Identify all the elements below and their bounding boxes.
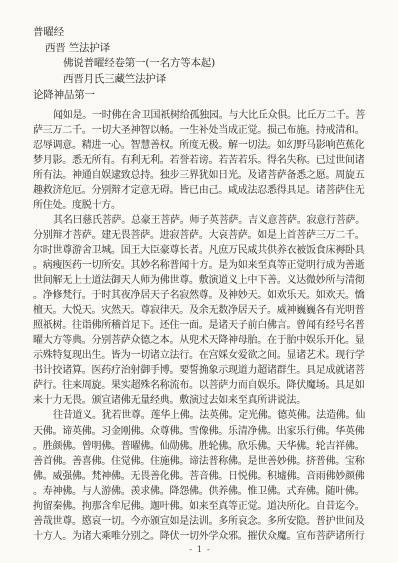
text-line: 示殊特复现出生。皆为一切诸立法行。在宫婇女爱欲之间。显诸艺术。现行学 — [33, 348, 367, 363]
text-line: 来十力无畏。颁宣诸佛无量经典。敷演过去如来至真所讲说法。 — [33, 393, 367, 408]
text-line: 善哉世尊。愍哀一切。今亦颁宣如是法训。多所哀念。多所安隐。普护世间及 — [33, 514, 367, 529]
text-line: 。胜颜佛。曾明佛。普曜佛。仙勋佛。胜轮佛。欣乐佛。天华佛。轮吉祥佛。 — [33, 439, 367, 454]
text-line: 分别辩才菩萨。建无畏菩萨。进寂菩萨。大哀菩萨。如是上首菩萨三万二千。 — [33, 228, 367, 243]
text-line: 趣救济危厄。分别辩才定意无碍。皆已由己。咸成法忍悉得具足。诸菩萨住无 — [33, 183, 367, 198]
page-number: - 1 - — [33, 545, 367, 555]
text-line: 曜大方等典。分别菩萨众德之本。从兜术天降神母胎。在于胎中娱乐开化。显 — [33, 333, 367, 348]
text-line: 萨行。往来周旋。果实超殊名称流布。以菩萨力而自娱乐。降伏魔场。具足如 — [33, 378, 367, 393]
text-line: 往昔道义。犹若世尊。莲华上佛。法英佛。定光佛。德英佛。法造佛。仙 — [33, 408, 367, 423]
text-line: 其名曰慈氏菩萨。总豪王菩萨。师子英菩萨。吉义意菩萨。寂意行菩萨。 — [33, 213, 367, 228]
text-line: 书计挍诸算。医药疗治射御手博。要誓捔象示现道力超诸群生。具足成就诸菩 — [33, 363, 367, 378]
scanned-sutra-page: 普曜经 西晋 竺法护译 佛说普曜经卷第一(一名方等本起) 西晋月氏三藏竺法护译 … — [0, 0, 398, 563]
text-line: 。寿神佛。与人游佛。羡求佛。降怨佛。供养佛。惟卫佛。式弃佛。随叶佛。 — [33, 484, 367, 499]
text-line: 所住处。度脱十方。 — [33, 198, 367, 213]
text-line: 檀天。大悦天。灾然天。尊寂律天。及余无数净居天子。威神巍巍各有光明普 — [33, 303, 367, 318]
text-line: 萨三万二千。一切大圣神智以畅。一生补处当成正觉。损己布施。持戒清和。 — [33, 123, 367, 138]
chapter-title: 论降神品第一 — [33, 88, 367, 104]
text-line: 梦月影。悉无所有。有利无利。若誉若谤。若苦若乐。得名失称。已过世间诸 — [33, 153, 367, 168]
volume-title: 佛说普曜经卷第一(一名方等本起) — [33, 56, 367, 72]
page-content: 普曜经 西晋 竺法护译 佛说普曜经卷第一(一名方等本起) 西晋月氏三藏竺法护译 … — [0, 0, 398, 555]
text-line: 十方人。为诸大乘唯分别之。降伏一切外学众邪。摧伏众魔。宣布菩萨诸所行 — [33, 529, 367, 544]
text-line: 世间解无上士道法御天人师为佛世尊。敷演道义上中下善。义达微妙所与清彻 — [33, 273, 367, 288]
text-line: 闻如是。一时佛在舍卫国祇树给孤独园。与大比丘众俱。比丘万二千。菩 — [33, 108, 367, 123]
text-line: 。病瘦医药一切所安。其妙名称普闻十方。是为如来至真等正觉明行成为善逝 — [33, 258, 367, 273]
text-line: 善首佛。善喜佛。住觉佛。住施佛。谛法普称佛。是世善妙佛。挤普佛。宝称 — [33, 454, 367, 469]
text-line: 拘留秦佛。拘那含牟尼佛。迦叶佛。如来至真等正觉。道决所化。自昔迄今。 — [33, 499, 367, 514]
text-line: 天佛。谛英佛。习金刚佛。众尊佛。雪像佛。乐清净佛。出家乐行佛。华英佛 — [33, 424, 367, 439]
text-line: 。净修梵行。于时其夜净居天子名寂然尊。及神妙天。如欢乐天。如欢天。憍 — [33, 288, 367, 303]
text-line: 佛。威强佛。梵神佛。无畏善化佛。菩音佛。日悦佛。积墟佛。音雨佛妙颜佛 — [33, 469, 367, 484]
volume-translator: 西晋月氏三藏竺法护译 — [33, 72, 367, 88]
text-line: 尔时世尊游舍卫城。国王大臣豪尊长者。凡庶万民咸共供养衣被饭食床褥卧具 — [33, 243, 367, 258]
sutra-title: 普曜经 — [33, 25, 367, 41]
body-text: 闻如是。一时佛在舍卫国祇树给孤独园。与大比丘众俱。比丘万二千。菩萨三万二千。一切… — [33, 108, 367, 544]
text-line: 所有法。神通自娱逮致总持。独步三界犹如日光。及诸菩萨备悉之愿。周旋五 — [33, 168, 367, 183]
text-line: 忍辱调意。精进一心。智慧善权。所度无极。解一切法。如幻野马影响芭蕉化 — [33, 138, 367, 153]
text-line: 照祇树。往诣佛所稽首足下。还住一面。是诸天子前白佛言。曾闻有经号名普 — [33, 318, 367, 333]
sutra-translator: 西晋 竺法护译 — [33, 41, 367, 57]
